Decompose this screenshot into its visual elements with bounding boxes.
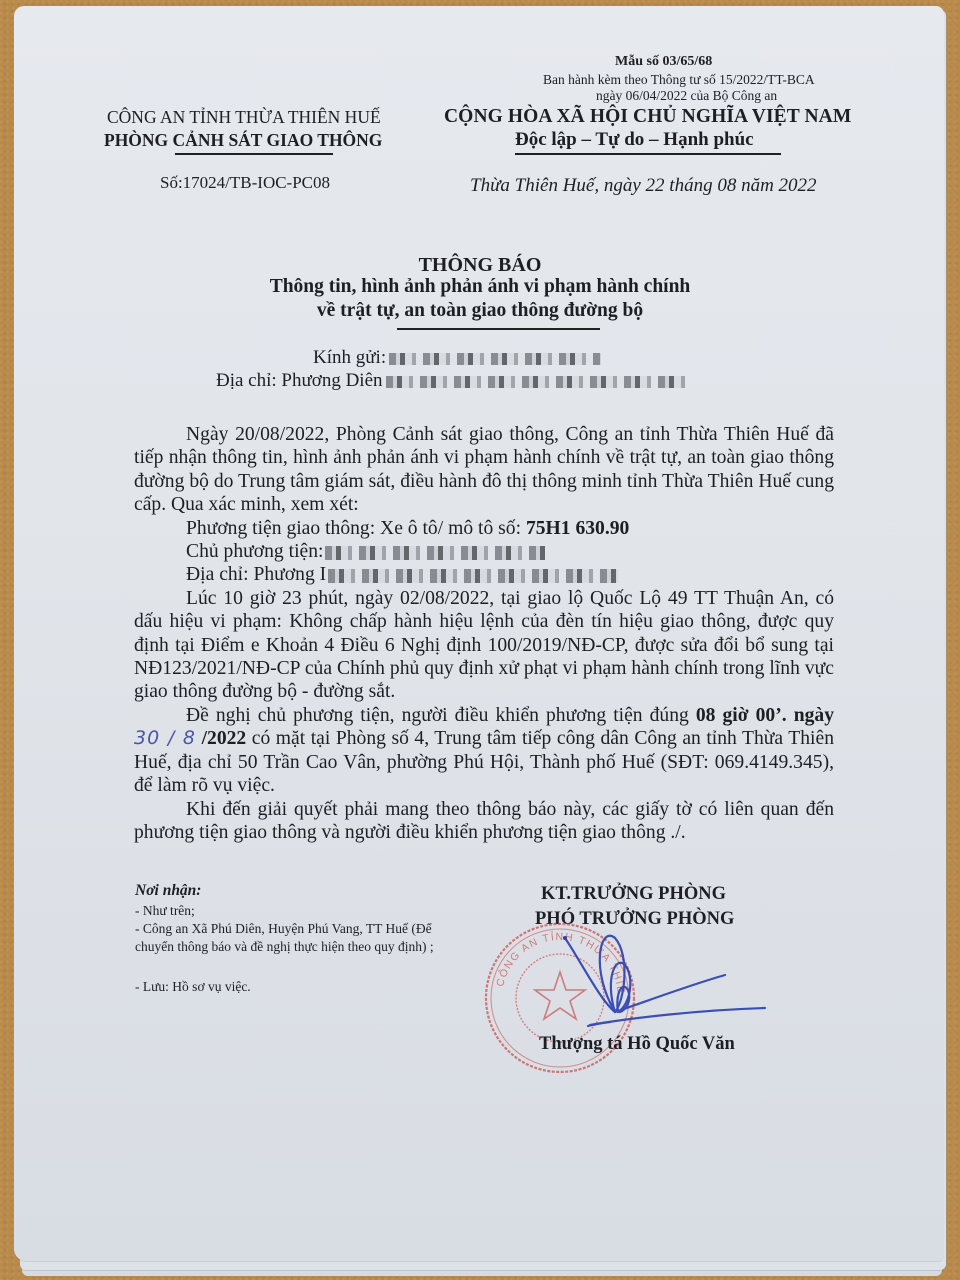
recipient-item: - Lưu: Hồ sơ vụ việc. [135,978,251,996]
signer-name: Thượng tá Hồ Quốc Văn [539,1034,735,1055]
national-title: CỘNG HÒA XÃ HỘI CHỦ NGHĨA VIỆT NAM [444,106,851,128]
title-underline [397,328,600,330]
recipients-heading: Nơi nhận: [135,882,201,900]
issuer-underline [175,153,333,155]
meeting-paragraph: Đề nghị chủ phương tiện, người điều khiể… [134,704,834,798]
handwritten-signature-icon [560,930,780,1040]
meeting-time: 08 giờ 00’. [696,705,787,726]
document-title: THÔNG BÁO [0,254,960,277]
owner-label: Chủ phương tiện: [186,541,323,562]
redacted-recipient-address [386,376,686,388]
document-number: Số:17024/TB-IOC-PC08 [160,173,330,193]
recipient-label: Kính gửi: [313,347,386,368]
owner-line: Chủ phương tiện: [134,540,834,563]
meeting-year: /2022 [202,728,247,749]
handwritten-meeting-date: 30 / 8 [134,727,196,749]
meeting-prefix: Đề nghị chủ phương tiện, người điều khiể… [186,705,689,726]
issued-with-line-2: ngày 06/04/2022 của Bộ Công an [596,88,777,104]
recipient-item: - Công an Xã Phú Diên, Huyện Phú Vang, T… [135,920,465,956]
owner-address-line: Địa chỉ: Phương I [134,563,834,586]
bring-documents-paragraph: Khi đến giải quyết phải mang theo thông … [134,798,834,845]
motto-underline [515,153,781,155]
intro-paragraph: Ngày 20/08/2022, Phòng Cảnh sát giao thô… [134,423,834,517]
issuer-agency: PHÒNG CẢNH SÁT GIAO THÔNG [104,130,382,151]
recipient-address-label: Địa chỉ: Phương Diên [216,370,383,391]
recipient-address-row: Địa chỉ: Phương Diên [216,370,686,392]
document-subtitle-line-1: Thông tin, hình ảnh phản ánh vi phạm hàn… [0,276,960,298]
place-and-date: Thừa Thiên Huế, ngày 22 tháng 08 năm 202… [470,175,817,197]
redacted-owner-name [325,546,545,560]
violation-paragraph: Lúc 10 giờ 23 phút, ngày 02/08/2022, tại… [134,587,834,704]
vehicle-plate: 75H1 630.90 [526,518,629,539]
issuer-parent-agency: CÔNG AN TỈNH THỪA THIÊN HUẾ [107,107,381,128]
recipient-row: Kính gửi: [313,347,601,369]
redacted-owner-address [328,569,618,583]
national-motto: Độc lập – Tự do – Hạnh phúc [515,129,754,151]
issued-with-line-1: Ban hành kèm theo Thông tư số 15/2022/TT… [543,72,815,88]
form-number: Mẫu số 03/65/68 [615,54,712,70]
document-subtitle-line-2: về trật tự, an toàn giao thông đường bộ [0,300,960,322]
vehicle-label: Phương tiện giao thông: Xe ô tô/ mô tô s… [186,518,521,539]
recipient-item: - Như trên; [135,902,195,920]
redacted-recipient-name [389,353,601,365]
owner-address-label: Địa chỉ: Phương I [186,564,326,585]
signature-title-line-1: KT.TRƯỞNG PHÒNG [541,884,726,905]
vehicle-line: Phương tiện giao thông: Xe ô tô/ mô tô s… [134,517,834,540]
meeting-day-label: ngày [794,705,834,726]
document-body: Ngày 20/08/2022, Phòng Cảnh sát giao thô… [134,423,834,844]
